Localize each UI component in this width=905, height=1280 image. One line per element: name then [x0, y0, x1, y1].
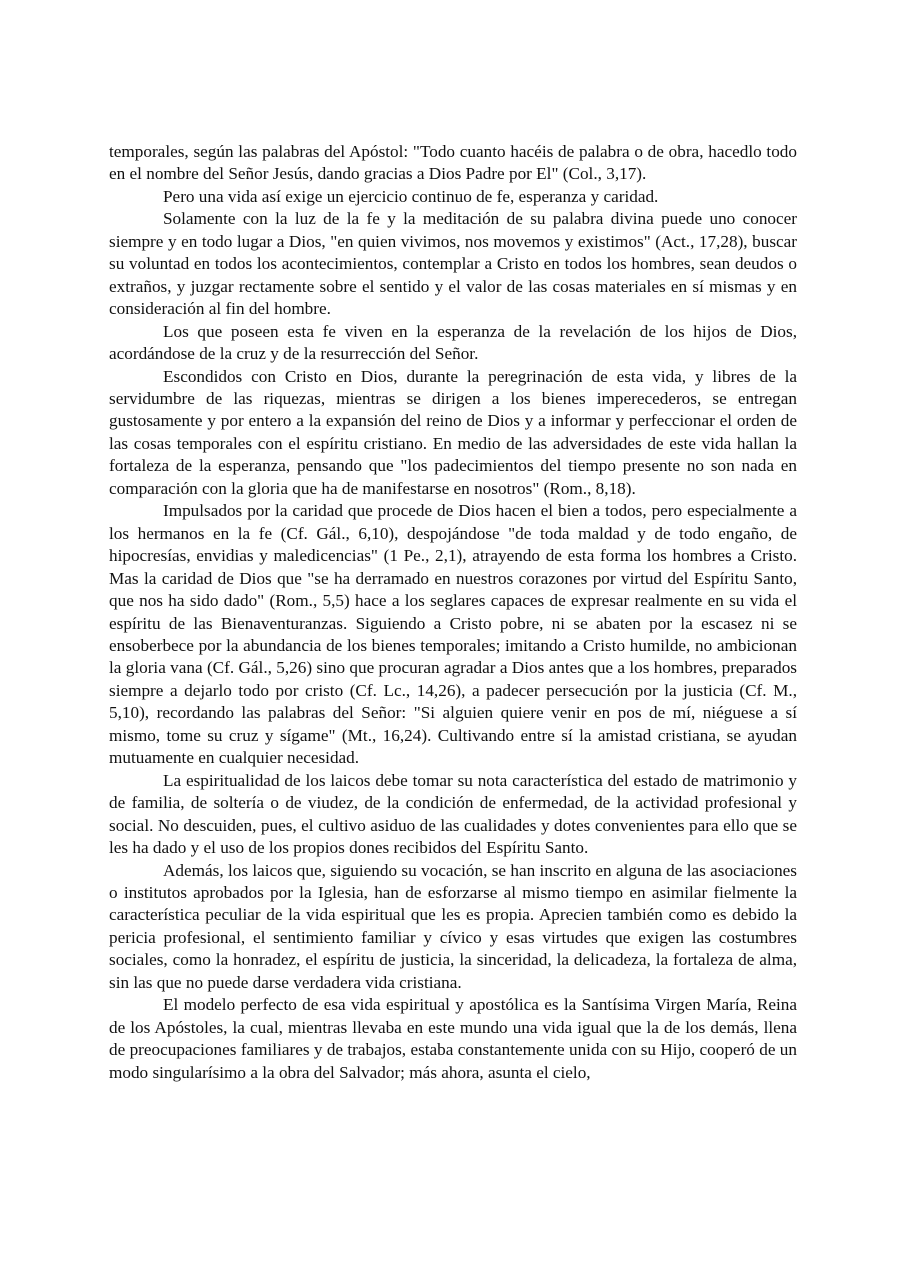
paragraph-spirituality-of-laity: La espiritualidad de los laicos debe tom… [109, 770, 797, 860]
paragraph-charity: Impulsados por la caridad que procede de… [109, 500, 797, 769]
paragraph-associations: Además, los laicos que, siguiendo su voc… [109, 860, 797, 995]
paragraph-virgin-mary: El modelo perfecto de esa vida espiritua… [109, 994, 797, 1084]
paragraph-hope: Los que poseen esta fe viven en la esper… [109, 321, 797, 366]
paragraph-light-of-faith: Solamente con la luz de la fe y la medit… [109, 208, 797, 320]
paragraph-faith-hope-charity: Pero una vida así exige un ejercicio con… [109, 186, 797, 208]
document-page: temporales, según las palabras del Apóst… [109, 141, 797, 1084]
paragraph-continuation: temporales, según las palabras del Apóst… [109, 141, 797, 186]
paragraph-hidden-with-christ: Escondidos con Cristo en Dios, durante l… [109, 366, 797, 501]
